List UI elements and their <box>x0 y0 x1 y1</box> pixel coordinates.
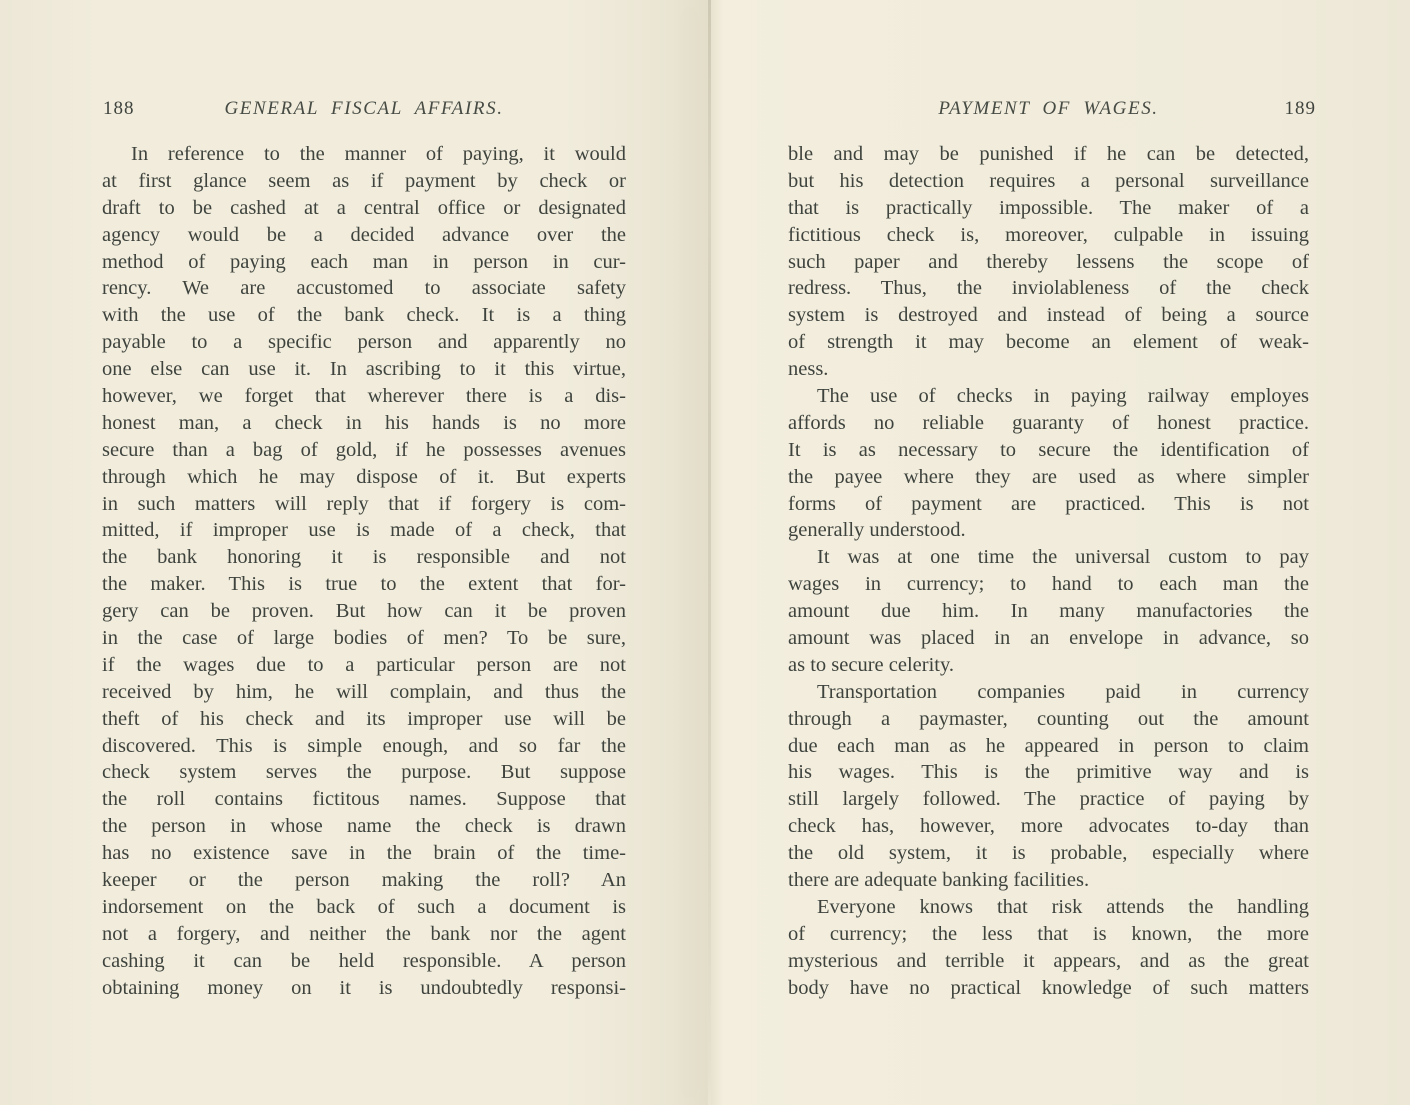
page-gutter <box>708 0 711 1105</box>
text-line: mitted, if improper use is made of a che… <box>102 517 626 544</box>
text-line: has no existence save in the brain of th… <box>102 840 626 867</box>
text-line: through a paymaster, counting out the am… <box>788 706 1309 733</box>
running-header: GENERAL FISCAL AFFAIRS. <box>102 96 626 122</box>
text-line: affords no reliable guaranty of honest p… <box>788 410 1309 437</box>
book-scan: 188 GENERAL FISCAL AFFAIRS. In reference… <box>0 0 1410 1105</box>
text-line: in the case of large bodies of men? To b… <box>102 625 626 652</box>
text-line: Everyone knows that risk attends the han… <box>788 894 1309 921</box>
text-line: the old system, it is probable, especial… <box>788 840 1309 867</box>
text-line: there are adequate banking facilities. <box>788 867 1309 894</box>
text-line: the roll contains fictitous names. Suppo… <box>102 786 626 813</box>
text-line: not a forgery, and neither the bank nor … <box>102 921 626 948</box>
text-line: rency. We are accustomed to associate sa… <box>102 275 626 302</box>
text-line: check has, however, more advocates to-da… <box>788 813 1309 840</box>
text-line: generally understood. <box>788 517 1309 544</box>
text-line: The use of checks in paying railway empl… <box>788 383 1309 410</box>
text-line: his wages. This is the primitive way and… <box>788 759 1309 786</box>
text-line: of currency; the less that is known, the… <box>788 921 1309 948</box>
text-line: the person in whose name the check is dr… <box>102 813 626 840</box>
text-line: honest man, a check in his hands is no m… <box>102 410 626 437</box>
left-page-header: 188 GENERAL FISCAL AFFAIRS. <box>102 96 626 122</box>
text-line: through which he may dispose of it. But … <box>102 464 626 491</box>
text-line: still largely followed. The practice of … <box>788 786 1309 813</box>
text-line: of strength it may become an element of … <box>788 329 1309 356</box>
text-line: wages in currency; to hand to each man t… <box>788 571 1309 598</box>
text-line: the maker. This is true to the extent th… <box>102 571 626 598</box>
text-line: keeper or the person making the roll? An <box>102 867 626 894</box>
right-page-header: PAYMENT OF WAGES. 189 <box>788 96 1309 122</box>
text-line: mysterious and terrible it appears, and … <box>788 948 1309 975</box>
right-page: PAYMENT OF WAGES. 189 ble and may be pun… <box>788 0 1309 1105</box>
text-line: one else can use it. In ascribing to it … <box>102 356 626 383</box>
left-page: 188 GENERAL FISCAL AFFAIRS. In reference… <box>102 0 626 1105</box>
text-line: in such matters will reply that if forge… <box>102 491 626 518</box>
text-line: but his detection requires a personal su… <box>788 168 1309 195</box>
text-line: the payee where they are used as where s… <box>788 464 1309 491</box>
text-line: method of paying each man in person in c… <box>102 249 626 276</box>
text-column: In reference to the manner of paying, it… <box>102 141 626 1002</box>
page-number: 189 <box>1285 97 1317 121</box>
text-line: amount due him. In many manufactories th… <box>788 598 1309 625</box>
text-line: received by him, he will complain, and t… <box>102 679 626 706</box>
text-line: Transportation companies paid in currenc… <box>788 679 1309 706</box>
text-line: indorsement on the back of such a docume… <box>102 894 626 921</box>
text-line: however, we forget that wherever there i… <box>102 383 626 410</box>
text-column: ble and may be punished if he can be det… <box>788 141 1309 1002</box>
text-line: draft to be cashed at a central office o… <box>102 195 626 222</box>
text-line: due each man as he appeared in person to… <box>788 733 1309 760</box>
text-line: that is practically impossible. The make… <box>788 195 1309 222</box>
text-line: redress. Thus, the inviolableness of the… <box>788 275 1309 302</box>
text-line: system is destroyed and instead of being… <box>788 302 1309 329</box>
text-line: the bank honoring it is responsible and … <box>102 544 626 571</box>
text-line: ble and may be punished if he can be det… <box>788 141 1309 168</box>
text-line: It was at one time the universal custom … <box>788 544 1309 571</box>
text-line: fictitious check is, moreover, culpable … <box>788 222 1309 249</box>
text-line: obtaining money on it is undoubtedly res… <box>102 975 626 1002</box>
text-line: It is as necessary to secure the identif… <box>788 437 1309 464</box>
text-line: In reference to the manner of paying, it… <box>102 141 626 168</box>
text-line: cashing it can be held responsible. A pe… <box>102 948 626 975</box>
text-line: amount was placed in an envelope in adva… <box>788 625 1309 652</box>
text-line: gery can be proven. But how can it be pr… <box>102 598 626 625</box>
text-line: forms of payment are practiced. This is … <box>788 491 1309 518</box>
text-line: payable to a specific person and apparen… <box>102 329 626 356</box>
text-line: as to secure celerity. <box>788 652 1309 679</box>
text-line: discovered. This is simple enough, and s… <box>102 733 626 760</box>
text-line: body have no practical knowledge of such… <box>788 975 1309 1002</box>
text-line: secure than a bag of gold, if he possess… <box>102 437 626 464</box>
text-line: if the wages due to a particular person … <box>102 652 626 679</box>
page-number: 188 <box>103 97 135 121</box>
text-line: theft of his check and its improper use … <box>102 706 626 733</box>
text-line: check system serves the purpose. But sup… <box>102 759 626 786</box>
text-line: agency would be a decided advance over t… <box>102 222 626 249</box>
text-line: such paper and thereby lessens the scope… <box>788 249 1309 276</box>
text-line: at first glance seem as if payment by ch… <box>102 168 626 195</box>
running-header: PAYMENT OF WAGES. <box>788 96 1309 122</box>
text-line: ness. <box>788 356 1309 383</box>
text-line: with the use of the bank check. It is a … <box>102 302 626 329</box>
